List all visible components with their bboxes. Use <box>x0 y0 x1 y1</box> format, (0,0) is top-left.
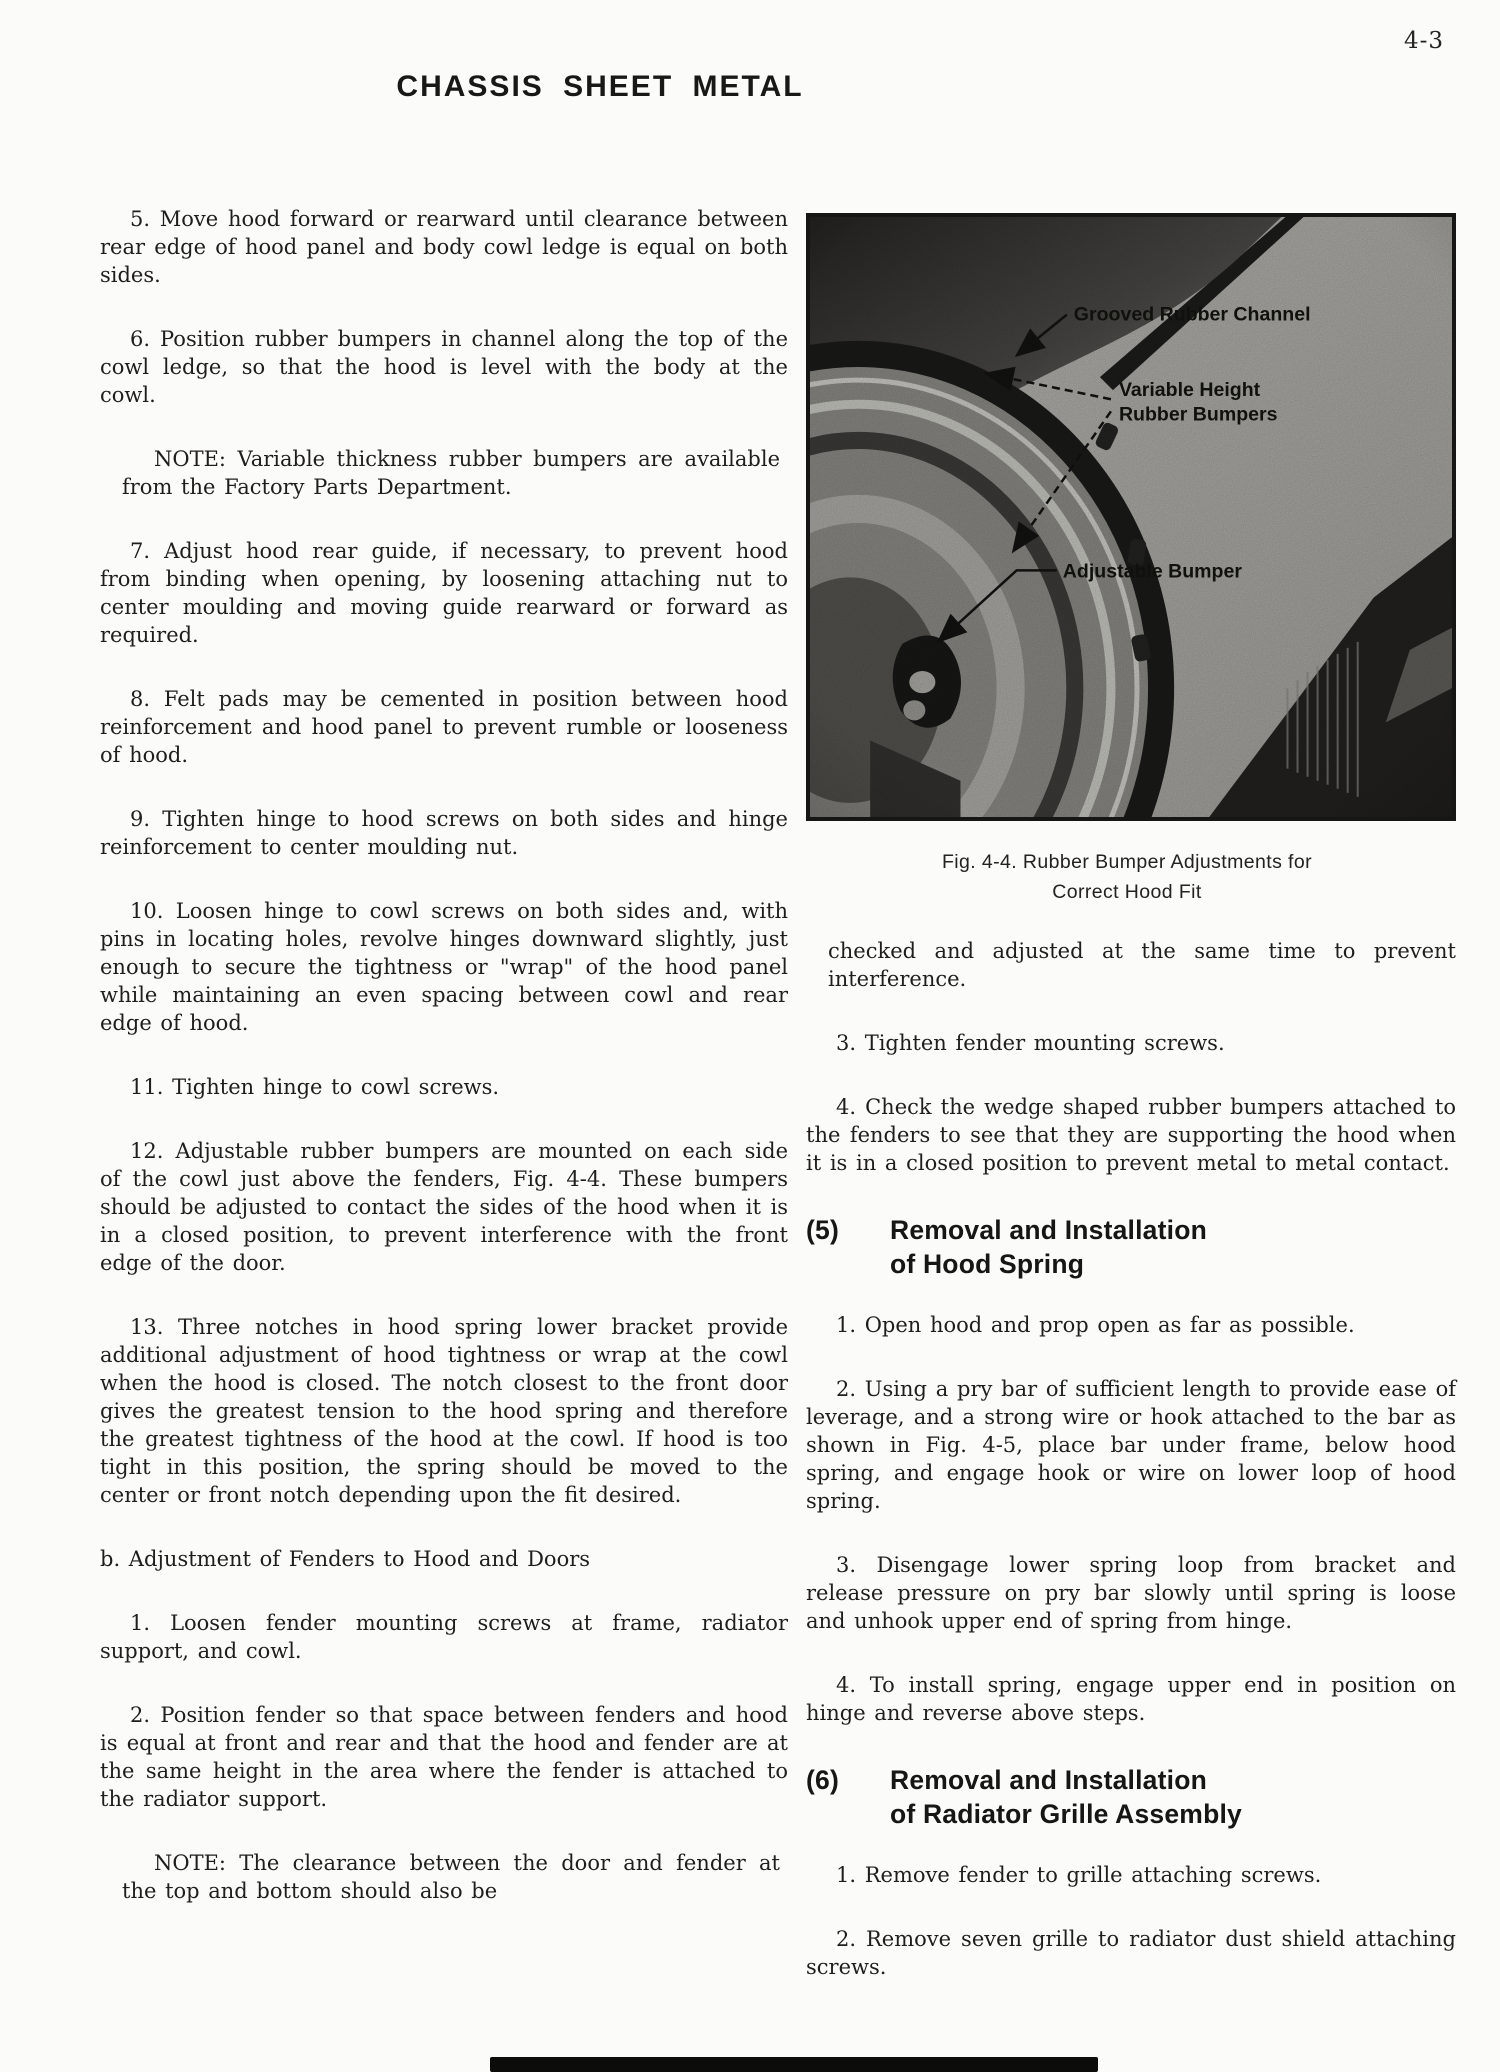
figure-caption-line1: Fig. 4-4. Rubber Bumper Adjustments for <box>806 847 1448 877</box>
step-9: 9. Tighten hinge to hood screws on both … <box>100 805 788 861</box>
note-bumpers: NOTE: Variable thickness rubber bumpers … <box>122 445 780 501</box>
continued-paragraph: checked and adjusted at the same time to… <box>828 937 1456 993</box>
step-10: 10. Loosen hinge to cowl screws on both … <box>100 897 788 1037</box>
s5-step-1: 1. Open hood and prop open as far as pos… <box>806 1311 1456 1339</box>
b-step-2: 2. Position fender so that space between… <box>100 1701 788 1813</box>
section-6-number: (6) <box>806 1763 890 1797</box>
photo-vignette <box>810 217 1452 817</box>
step-8: 8. Felt pads may be cemented in position… <box>100 685 788 769</box>
page-title: CHASSIS SHEET METAL <box>396 70 803 104</box>
section-5-heading: (5) Removal and Installation of Hood Spr… <box>806 1213 1456 1281</box>
s6-step-1: 1. Remove fender to grille attaching scr… <box>806 1861 1456 1889</box>
step-6: 6. Position rubber bumpers in channel al… <box>100 325 788 409</box>
s5-step-3: 3. Disengage lower spring loop from brac… <box>806 1551 1456 1635</box>
left-column: 5. Move hood forward or rearward until c… <box>100 205 788 1941</box>
section-5-title: Removal and Installation of Hood Spring <box>890 1213 1207 1281</box>
section-6-title-line2: of Radiator Grille Assembly <box>890 1797 1242 1831</box>
section-5-title-line1: Removal and Installation <box>890 1213 1207 1247</box>
section-5-number: (5) <box>806 1213 890 1247</box>
section-6-title-line1: Removal and Installation <box>890 1763 1242 1797</box>
subsection-b-heading: b. Adjustment of Fenders to Hood and Doo… <box>100 1545 788 1573</box>
note-clearance: NOTE: The clearance between the door and… <box>122 1849 780 1905</box>
step-7: 7. Adjust hood rear guide, if necessary,… <box>100 537 788 649</box>
step-3: 3. Tighten fender mounting screws. <box>806 1029 1456 1057</box>
page-number: 4-3 <box>1404 28 1444 54</box>
scan-artifact-bar <box>490 2057 1098 2072</box>
step-12: 12. Adjustable rubber bumpers are mounte… <box>100 1137 788 1277</box>
manual-page: 4-3 CHASSIS SHEET METAL 5. Move hood for… <box>0 0 1500 2072</box>
step-4: 4. Check the wedge shaped rubber bumpers… <box>806 1093 1456 1177</box>
step-11: 11. Tighten hinge to cowl screws. <box>100 1073 788 1101</box>
step-13: 13. Three notches in hood spring lower b… <box>100 1313 788 1509</box>
section-6-title: Removal and Installation of Radiator Gri… <box>890 1763 1242 1831</box>
s5-step-4: 4. To install spring, engage upper end i… <box>806 1671 1456 1727</box>
figure-caption: Fig. 4-4. Rubber Bumper Adjustments for … <box>806 847 1448 907</box>
s6-step-2: 2. Remove seven grille to radiator dust … <box>806 1925 1456 1981</box>
section-5-title-line2: of Hood Spring <box>890 1247 1207 1281</box>
section-6-heading: (6) Removal and Installation of Radiator… <box>806 1763 1456 1831</box>
b-step-1: 1. Loosen fender mounting screws at fram… <box>100 1609 788 1665</box>
figure-4-4: Grooved Rubber Channel Variable Height R… <box>806 213 1448 907</box>
right-column: Grooved Rubber Channel Variable Height R… <box>806 213 1456 2017</box>
figure-photo: Grooved Rubber Channel Variable Height R… <box>806 213 1456 821</box>
s5-step-2: 2. Using a pry bar of sufficient length … <box>806 1375 1456 1515</box>
step-5: 5. Move hood forward or rearward until c… <box>100 205 788 289</box>
figure-caption-line2: Correct Hood Fit <box>806 877 1448 907</box>
